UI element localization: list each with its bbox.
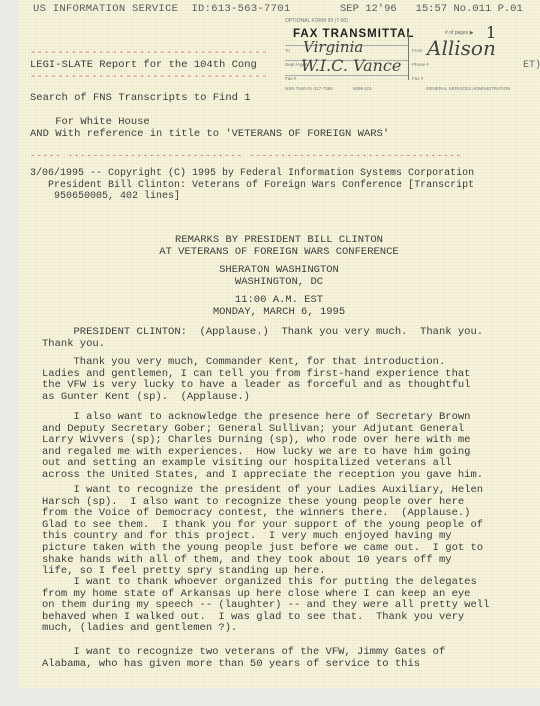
fax-sender: US INFORMATION SERVICE xyxy=(33,3,178,15)
citation: 3/06/1995 -- Copyright (C) 1995 by Feder… xyxy=(30,168,474,203)
form-divider xyxy=(408,32,409,80)
field-to-label: To xyxy=(285,48,290,53)
field-phone-label: Phone # xyxy=(412,62,429,67)
footer-form: 5099-101 xyxy=(353,86,372,91)
event-time-line: 11:00 A.M. EST xyxy=(18,295,540,307)
citation-line-2: President Bill Clinton: Veterans of Fore… xyxy=(30,180,474,192)
separator: ----------------------------------- xyxy=(30,72,268,84)
transcript-line: I also want to acknowledge the presence … xyxy=(42,412,483,424)
transcript-line: picture taken with the young people just… xyxy=(42,543,483,555)
transcript-line: as Gunter Kent (sp). (Applause.) xyxy=(42,392,470,404)
venue: SHERATON WASHINGTONWASHINGTON, DC xyxy=(18,265,540,288)
separator: ----------------------------------- xyxy=(30,48,268,60)
citation-line-3: 950650005, 402 lines] xyxy=(30,191,474,203)
transcript-line: much, (ladies and gentlemen ?). xyxy=(42,623,489,635)
form-label: OPTIONAL FORM 99 (7-90) xyxy=(285,18,348,24)
criteria-line-2: AND With reference in title to 'VETERANS… xyxy=(30,129,389,141)
transcript-paragraph: PRESIDENT CLINTON: (Applause.) Thank you… xyxy=(42,327,483,350)
fax-id: ID:613-563-7701 xyxy=(191,3,290,15)
fax-page-number: P.01 xyxy=(498,3,523,15)
citation-line-1: 3/06/1995 -- Copyright (C) 1995 by Feder… xyxy=(30,168,474,180)
transcript-paragraph: I also want to acknowledge the presence … xyxy=(42,412,483,482)
transcript-paragraph: Thank you very much, Commander Kent, for… xyxy=(42,357,470,403)
long-separator: ----- ---------------------------- -----… xyxy=(30,150,462,162)
fax-transmittal-form: OPTIONAL FORM 99 (7-90) FAX TRANSMITTAL … xyxy=(281,18,516,90)
footer-gsa: GENERAL SERVICES ADMINISTRATION xyxy=(426,86,510,91)
venue-line-1: SHERATON WASHINGTON xyxy=(18,265,540,277)
report-title: LEGI-SLATE Report for the 104th Cong xyxy=(30,60,257,72)
transcript-line: Thank you. xyxy=(42,339,483,351)
criteria-line-1: For White House xyxy=(30,117,150,129)
transcript-line: I want to recognize the president of you… xyxy=(42,485,483,497)
transcript-line: Alabama, who has given more than 50 year… xyxy=(42,659,445,671)
field-from-label: From xyxy=(412,48,423,53)
fax-header-left: US INFORMATION SERVICE ID:613-563-7701 xyxy=(33,3,290,15)
search-line: Search of FNS Transcripts to Find 1 xyxy=(30,93,251,105)
event-date-line: MONDAY, MARCH 6, 1995 xyxy=(18,307,540,319)
handwritten-to: Virginia xyxy=(303,38,363,56)
fax-number: No.011 xyxy=(453,3,491,15)
fax-time: 15:57 xyxy=(416,3,448,15)
transcript-line: across the United States, and I apprecia… xyxy=(42,470,483,482)
handwritten-dept: W.I.C. Vance xyxy=(301,56,401,75)
remarks-heading: REMARKS BY PRESIDENT BILL CLINTONAT VETE… xyxy=(18,235,540,258)
field-fax-label: Fax # xyxy=(285,76,296,81)
transcript-line: I want to recognize two veterans of the … xyxy=(42,647,445,659)
transcript-paragraph: I want to thank whoever organized this f… xyxy=(42,577,489,635)
transcript-line: I want to thank whoever organized this f… xyxy=(42,577,489,589)
venue-line-2: WASHINGTON, DC xyxy=(18,277,540,289)
heading-line-1: REMARKS BY PRESIDENT BILL CLINTON xyxy=(18,235,540,247)
fax-page: US INFORMATION SERVICE ID:613-563-7701 S… xyxy=(18,0,540,688)
transcript-paragraph: I want to recognize the president of you… xyxy=(42,485,483,578)
heading-line-2: AT VETERANS OF FOREIGN WARS CONFERENCE xyxy=(18,247,540,259)
transcript-paragraph: I want to recognize two veterans of the … xyxy=(42,647,445,670)
fax-header-right: SEP 12'96 15:57 No.011 P.01 xyxy=(340,3,523,15)
transcript-line: Thank you very much, Commander Kent, for… xyxy=(42,357,470,369)
footer-nsn: NSN 7540-01-317-7368 xyxy=(285,86,333,91)
report-title-tail: ET) xyxy=(523,60,540,71)
form-rule xyxy=(285,75,408,76)
event-time: 11:00 A.M. ESTMONDAY, MARCH 6, 1995 xyxy=(18,295,540,318)
handwritten-from: Allison xyxy=(427,36,496,60)
field-fax2-label: Fax # xyxy=(412,76,423,81)
transcript-line: PRESIDENT CLINTON: (Applause.) Thank you… xyxy=(42,327,483,339)
fax-date: SEP 12'96 xyxy=(340,3,397,15)
